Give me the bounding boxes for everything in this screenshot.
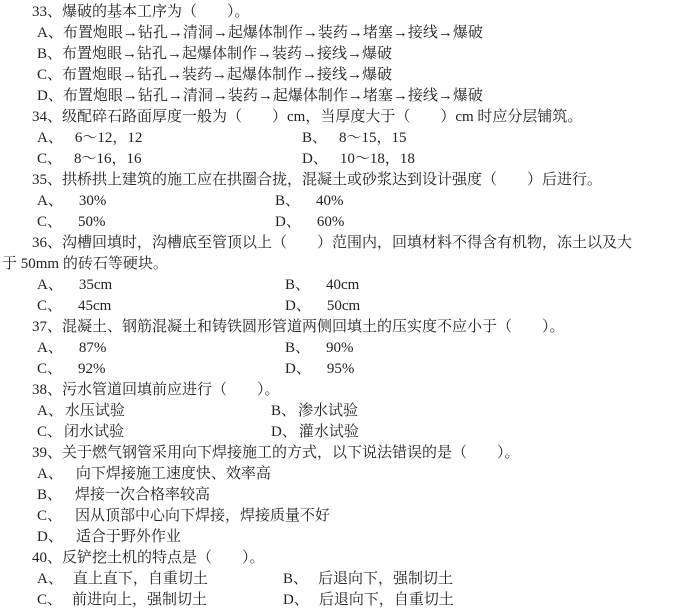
option-35-d: D、60%	[275, 212, 344, 233]
options-row: C、闭水试验 D、灌水试验	[0, 422, 678, 443]
option-text: 渗水试验	[298, 401, 358, 422]
option-label: C、	[37, 590, 62, 611]
option-39-b: B、焊接一次合格率较高	[0, 485, 678, 506]
option-label: B、	[302, 128, 327, 149]
question-stem: 33、爆破的基本工序为（ ）。	[0, 2, 678, 23]
option-33-b: B、布置炮眼→钻孔→起爆体制作→装药→接线→爆破	[0, 44, 678, 65]
option-text: 10～18，18	[340, 149, 415, 170]
option-text: 因从顶部中心向下焊接，焊接质量不好	[75, 506, 330, 527]
option-34-a: A、6～12，12	[37, 128, 302, 149]
option-text: 87%	[79, 338, 107, 359]
option-label: C、	[37, 506, 62, 527]
question-35: 35、拱桥拱上建筑的施工应在拱圈合拢，混凝土或砂浆达到设计强度（ ）后进行。 A…	[0, 170, 678, 233]
option-label: D、	[37, 86, 63, 107]
option-label: D、	[37, 527, 63, 548]
question-stem: 34、级配碎石路面厚度一般为（ ）cm，当厚度大于（ ）cm 时应分层铺筑。	[0, 107, 678, 128]
option-text: 50cm	[327, 296, 360, 317]
option-text: 92%	[78, 359, 106, 380]
question-34: 34、级配碎石路面厚度一般为（ ）cm，当厚度大于（ ）cm 时应分层铺筑。 A…	[0, 107, 678, 170]
options-row: C、前进向上，强制切土 D、后退向下，自重切土	[0, 590, 678, 611]
option-text: 水压试验	[65, 401, 125, 422]
question-37: 37、混凝土、钢筋混凝土和铸铁圆形管道两侧回填土的压实度不应小于（ ）。 A、8…	[0, 317, 678, 380]
option-text: 40cm	[326, 275, 359, 296]
question-33: 33、爆破的基本工序为（ ）。 A、布置炮眼→钻孔→清洞→起爆体制作→装药→堵塞…	[0, 2, 678, 107]
option-label: B、	[285, 338, 310, 359]
option-text: 布置炮眼→钻孔→装药→起爆体制作→接线→爆破	[62, 65, 392, 86]
option-37-c: C、92%	[37, 359, 285, 380]
options-row: A、水压试验 B、渗水试验	[0, 401, 678, 422]
question-stem-continuation: 于 50mm 的砖石等硬块。	[0, 254, 678, 275]
option-label: D、	[285, 296, 311, 317]
option-label: C、	[37, 296, 62, 317]
option-label: A、	[37, 191, 63, 212]
option-text: 灌水试验	[299, 422, 359, 443]
option-label: A、	[37, 128, 63, 149]
option-text: 直上直下，自重切土	[73, 569, 208, 590]
option-40-b: B、后退向下，强制切土	[283, 569, 453, 590]
option-33-a: A、布置炮眼→钻孔→清洞→起爆体制作→装药→堵塞→接线→爆破	[0, 23, 678, 44]
option-33-c: C、布置炮眼→钻孔→装药→起爆体制作→接线→爆破	[0, 65, 678, 86]
options-row: C、8～16，16 D、10～18，18	[0, 149, 678, 170]
option-text: 后退向下，自重切土	[319, 590, 454, 611]
question-stem: 36、沟槽回填时，沟槽底至管顶以上（ ）范围内，回填材料不得含有机物，冻土以及大	[0, 233, 678, 254]
option-34-c: C、8～16，16	[37, 149, 302, 170]
option-38-d: D、灌水试验	[271, 422, 359, 443]
question-stem: 39、关于燃气钢管采用向下焊接施工的方式，以下说法错误的是（ ）。	[0, 443, 678, 464]
option-35-a: A、30%	[37, 191, 275, 212]
options-row: A、6～12，12 B、8～15，15	[0, 128, 678, 149]
option-text: 向下焊接施工速度快、效率高	[76, 464, 271, 485]
options-row: C、45cm D、50cm	[0, 296, 678, 317]
option-38-b: B、渗水试验	[271, 401, 358, 422]
option-40-c: C、前进向上，强制切土	[37, 590, 283, 611]
option-38-c: C、闭水试验	[37, 422, 271, 443]
options-row: A、35cm B、40cm	[0, 275, 678, 296]
question-40: 40、反铲挖土机的特点是（ ）。 A、直上直下，自重切土 B、后退向下，强制切土…	[0, 548, 678, 611]
option-35-c: C、50%	[37, 212, 275, 233]
option-text: 布置炮眼→钻孔→起爆体制作→装药→接线→爆破	[62, 44, 392, 65]
option-text: 闭水试验	[64, 422, 124, 443]
option-label: B、	[37, 44, 62, 65]
option-36-a: A、35cm	[37, 275, 285, 296]
question-36: 36、沟槽回填时，沟槽底至管顶以上（ ）范围内，回填材料不得含有机物，冻土以及大…	[0, 233, 678, 317]
option-40-d: D、后退向下，自重切土	[283, 590, 454, 611]
option-text: 焊接一次合格率较高	[75, 485, 210, 506]
option-label: D、	[285, 359, 311, 380]
option-37-b: B、90%	[285, 338, 354, 359]
option-39-a: A、向下焊接施工速度快、效率高	[0, 464, 678, 485]
option-text: 布置炮眼→钻孔→清洞→起爆体制作→装药→堵塞→接线→爆破	[63, 23, 483, 44]
question-39: 39、关于燃气钢管采用向下焊接施工的方式，以下说法错误的是（ ）。 A、向下焊接…	[0, 443, 678, 548]
options-row: A、87% B、90%	[0, 338, 678, 359]
option-38-a: A、水压试验	[37, 401, 271, 422]
options-row: C、50% D、60%	[0, 212, 678, 233]
option-label: D、	[302, 149, 328, 170]
option-label: C、	[37, 359, 62, 380]
option-label: B、	[283, 569, 308, 590]
option-text: 8～15，15	[339, 128, 407, 149]
option-text: 前进向上，强制切土	[72, 590, 207, 611]
option-label: A、	[37, 338, 63, 359]
option-label: D、	[283, 590, 309, 611]
option-text: 95%	[327, 359, 355, 380]
option-text: 45cm	[78, 296, 111, 317]
option-text: 适合于野外作业	[76, 527, 181, 548]
option-text: 35cm	[79, 275, 112, 296]
question-38: 38、污水管道回填前应进行（ ）。 A、水压试验 B、渗水试验 C、闭水试验 D…	[0, 380, 678, 443]
option-label: C、	[37, 149, 62, 170]
option-text: 布置炮眼→钻孔→清洞→装药→起爆体制作→堵塞→接线→爆破	[63, 86, 483, 107]
option-36-b: B、40cm	[285, 275, 359, 296]
exam-document: 33、爆破的基本工序为（ ）。 A、布置炮眼→钻孔→清洞→起爆体制作→装药→堵塞…	[0, 0, 678, 612]
question-stem: 37、混凝土、钢筋混凝土和铸铁圆形管道两侧回填土的压实度不应小于（ ）。	[0, 317, 678, 338]
option-36-c: C、45cm	[37, 296, 285, 317]
option-label: B、	[275, 191, 300, 212]
option-34-b: B、8～15，15	[302, 128, 407, 149]
option-text: 后退向下，强制切土	[318, 569, 453, 590]
option-label: D、	[275, 212, 301, 233]
option-label: C、	[37, 212, 62, 233]
question-stem: 35、拱桥拱上建筑的施工应在拱圈合拢，混凝土或砂浆达到设计强度（ ）后进行。	[0, 170, 678, 191]
option-36-d: D、50cm	[285, 296, 360, 317]
option-label: A、	[37, 464, 63, 485]
option-label: A、	[37, 401, 63, 422]
option-label: A、	[37, 569, 63, 590]
question-stem: 40、反铲挖土机的特点是（ ）。	[0, 548, 678, 569]
option-39-d: D、适合于野外作业	[0, 527, 678, 548]
option-label: B、	[285, 275, 310, 296]
option-text: 40%	[316, 191, 344, 212]
option-text: 6～12，12	[75, 128, 143, 149]
option-label: C、	[37, 65, 62, 86]
option-33-d: D、布置炮眼→钻孔→清洞→装药→起爆体制作→堵塞→接线→爆破	[0, 86, 678, 107]
options-row: A、30% B、40%	[0, 191, 678, 212]
option-label: A、	[37, 275, 63, 296]
option-label: A、	[37, 23, 63, 44]
option-37-a: A、87%	[37, 338, 285, 359]
options-row: C、92% D、95%	[0, 359, 678, 380]
option-34-d: D、10～18，18	[302, 149, 415, 170]
option-label: B、	[271, 401, 296, 422]
option-35-b: B、40%	[275, 191, 344, 212]
option-label: C、	[37, 422, 62, 443]
option-40-a: A、直上直下，自重切土	[37, 569, 283, 590]
option-37-d: D、95%	[285, 359, 354, 380]
option-text: 50%	[78, 212, 106, 233]
option-text: 90%	[326, 338, 354, 359]
option-39-c: C、因从顶部中心向下焊接，焊接质量不好	[0, 506, 678, 527]
option-text: 30%	[79, 191, 107, 212]
question-stem: 38、污水管道回填前应进行（ ）。	[0, 380, 678, 401]
option-text: 60%	[317, 212, 345, 233]
option-text: 8～16，16	[74, 149, 142, 170]
option-label: B、	[37, 485, 62, 506]
options-row: A、直上直下，自重切土 B、后退向下，强制切土	[0, 569, 678, 590]
option-label: D、	[271, 422, 297, 443]
